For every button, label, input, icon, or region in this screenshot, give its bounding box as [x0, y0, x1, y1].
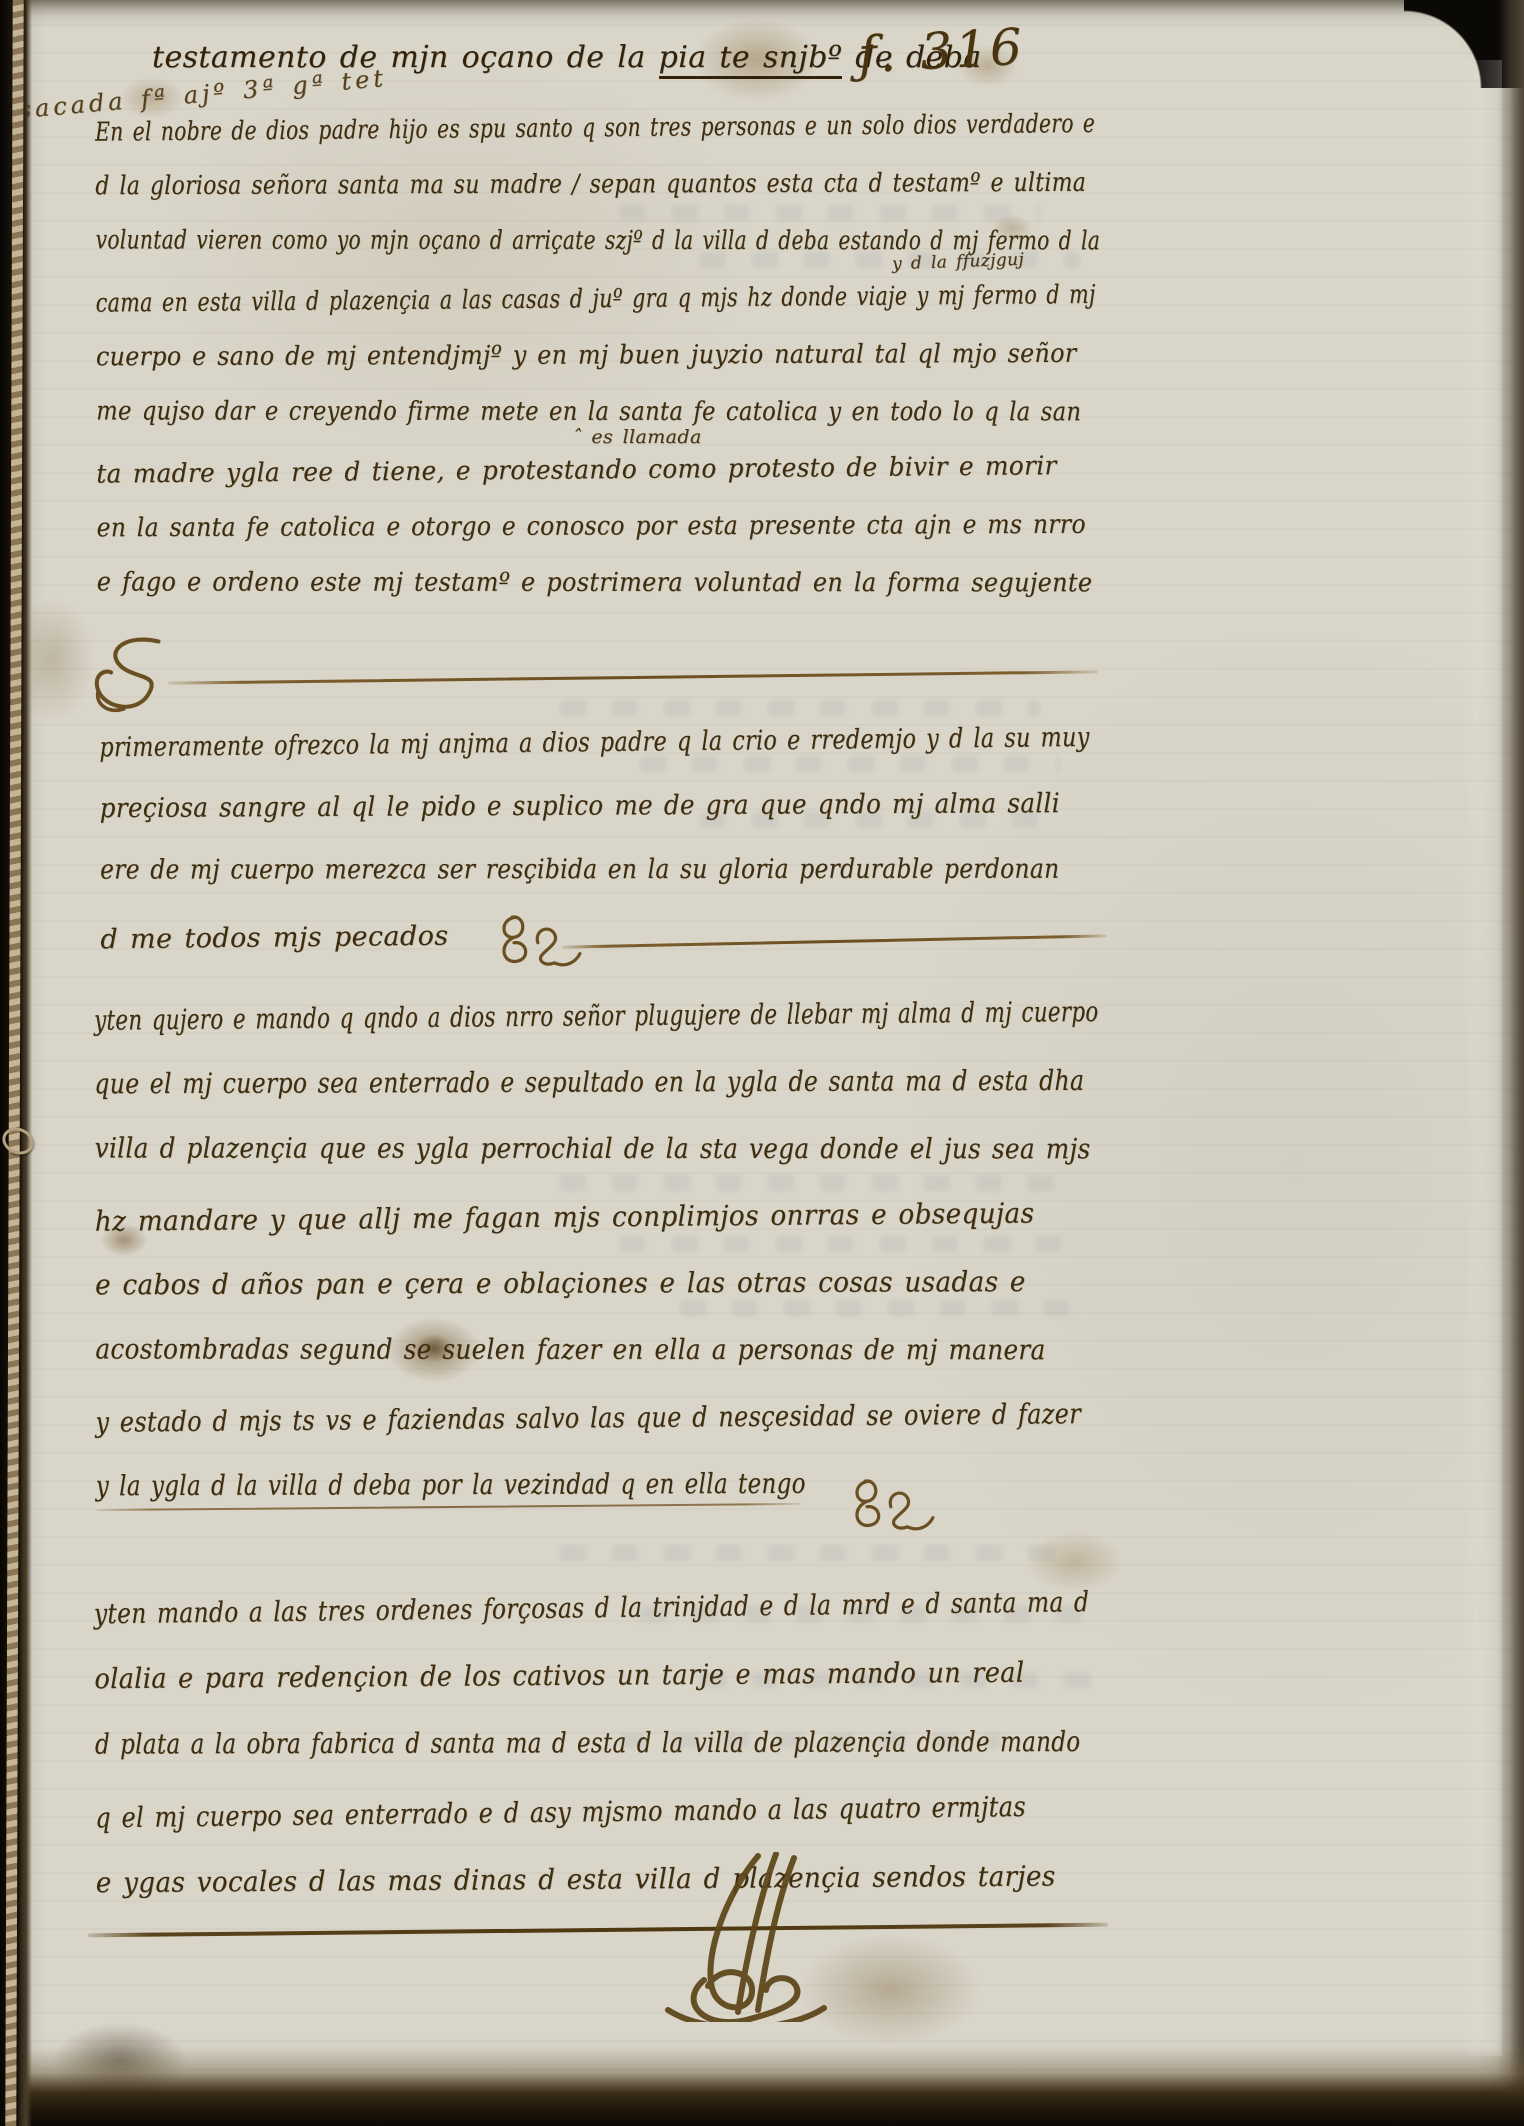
- flourish-icon: [843, 1472, 935, 1536]
- folio-number: ƒ. 316: [857, 18, 1027, 85]
- ink-showthrough-band: [560, 700, 1040, 716]
- text-line: En el nobre de dios padre hijo es spu sa…: [95, 109, 1095, 148]
- manuscript-scan: testamento de mjn oçano de la pia te snj…: [0, 0, 1524, 2126]
- text-line: acostombradas segund se suelen fazer en …: [95, 1332, 1045, 1366]
- paragraph-burial: yten qujero e mando q qndo a dios nrro s…: [94, 996, 1411, 1537]
- text-line: ta madre ygla ree d tiene, e protestando…: [96, 451, 1057, 489]
- text-line: y la ygla d la villa d deba por la vezin…: [96, 1467, 806, 1502]
- text-line: yten mando a las tres ordenes forçosas d…: [94, 1585, 1090, 1630]
- text-line: y estado d mjs ts vs e faziendas salvo l…: [95, 1397, 1081, 1439]
- flourish-icon: [490, 908, 582, 972]
- text-line: preçiosa sangre al ql le pido e suplico …: [100, 788, 1060, 824]
- text-line: me qujso dar e creyendo firme mete en la…: [96, 396, 1081, 427]
- text-line: que el mj cuerpo sea enterrado e sepulta…: [94, 1064, 1084, 1100]
- flourish-icon: [90, 636, 174, 718]
- heading-underlined-text: pia te snjbº: [659, 40, 843, 79]
- interlinear-note: ˆ es llamada: [572, 426, 702, 448]
- text-line: d me todos mjs pecados: [100, 921, 449, 956]
- manuscript-page: testamento de mjn oçano de la pia te snj…: [0, 0, 1524, 2126]
- ink-showthrough-band: [560, 1545, 1080, 1561]
- text-line: e fago e ordeno este mj testamº e postri…: [97, 567, 1093, 598]
- page-edge-highlight: [1462, 60, 1502, 2056]
- text-line: e ygas vocales d las mas dinas d esta vi…: [96, 1859, 1056, 1899]
- text-line: q el mj cuerpo sea enterrado e d asy mjs…: [95, 1790, 1026, 1834]
- text-line: ere de mj cuerpo merezca ser resçibida e…: [100, 854, 1059, 886]
- text-line: hz mandare y que allj me fagan mjs conpl…: [95, 1197, 1035, 1238]
- binding-edge: [0, 0, 32, 2126]
- ink-rule: [168, 670, 1098, 684]
- text-line: primeramente ofrezco la mj anjma a dios …: [99, 722, 1090, 763]
- text-line: yten qujero e mando q qndo a dios nrro s…: [94, 995, 1099, 1037]
- rubric-flourish-icon: [608, 1852, 848, 2022]
- page-edge-right: [1498, 0, 1524, 2126]
- text-line: en la santa fe catolica e otorgo e conos…: [97, 510, 1086, 543]
- text-line: cama en esta villa d plazençia a las cas…: [96, 280, 1096, 319]
- text-line: e cabos d años pan e çera e oblaçiones e…: [95, 1265, 1026, 1301]
- text-line: d plata a la obra fabrica d santa ma d e…: [95, 1725, 1081, 1761]
- binding-cord-icon: [5, 0, 23, 2126]
- text-line: cuerpo e sano de mj entendjmjº y en mj b…: [96, 339, 1077, 372]
- text-line: villa d plazençia que es ygla perrochial…: [95, 1131, 1091, 1165]
- page-edge-bottom: [0, 2048, 1524, 2126]
- text-line: d la gloriosa señora santa ma su madre /…: [95, 168, 1086, 201]
- paragraph-opening: En el nobre de dios padre hijo es spu sa…: [95, 110, 1390, 628]
- text-line: olalia e para redençion de los cativos u…: [94, 1656, 1024, 1695]
- heading-text: testamento de mjn oçano de la: [152, 40, 659, 75]
